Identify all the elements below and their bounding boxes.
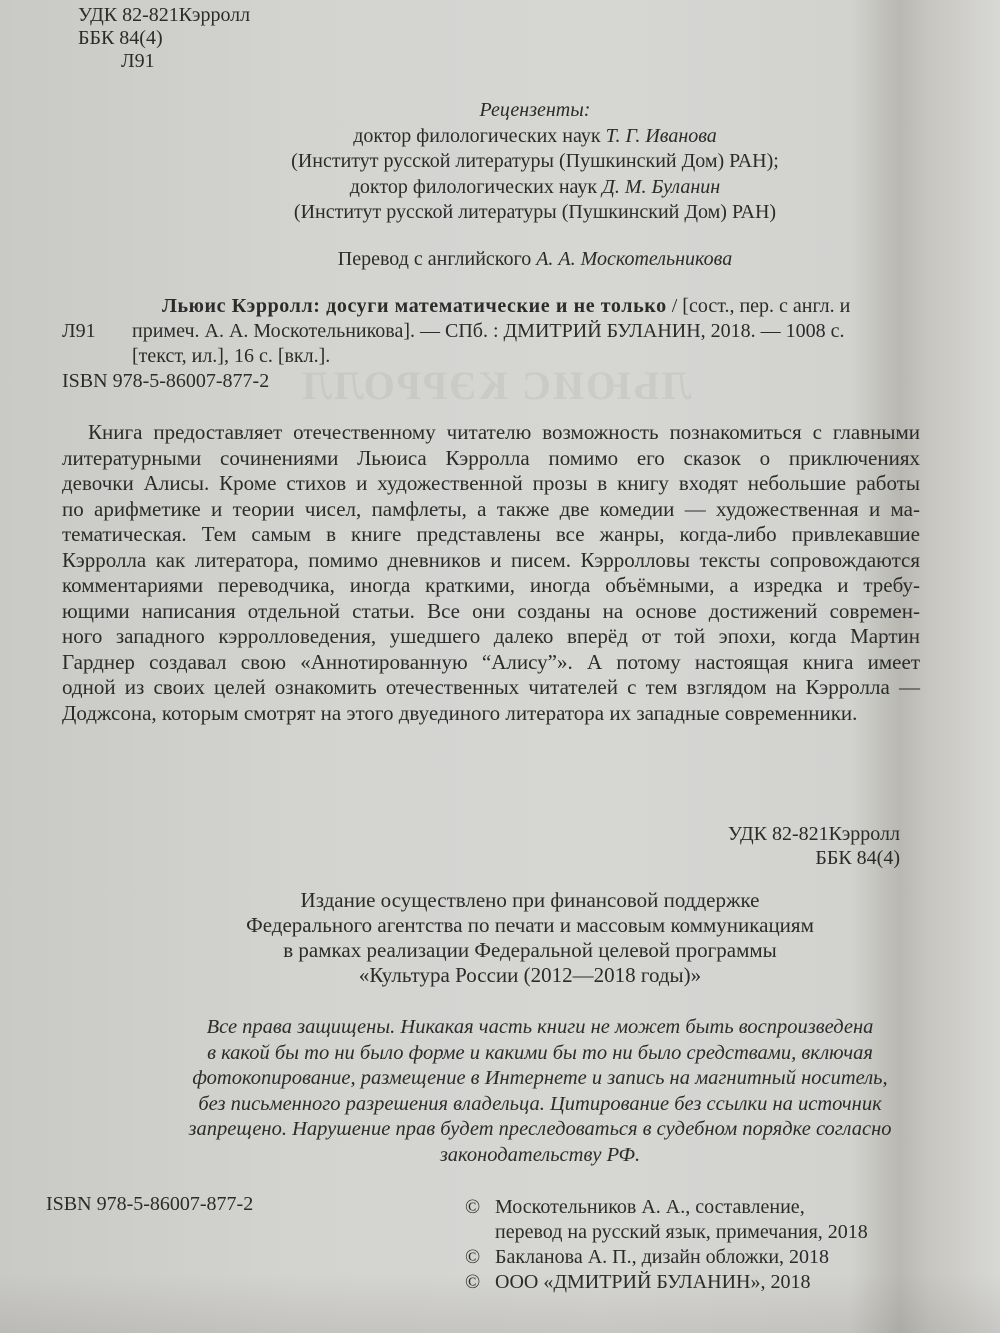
reviewer-name: Т. Г. Иванова <box>606 125 717 147</box>
isbn: ISBN 978-5-86007-877-2 <box>62 369 269 394</box>
author-mark: Л91 <box>62 319 96 344</box>
reviewer-2: доктор филологических наук Д. М. Буланин <box>200 175 870 201</box>
bbk-code: ББК 84(4) <box>78 27 250 50</box>
copyright-block: © Москотельников А. А., составление, пер… <box>465 1195 868 1295</box>
copyright-text: перевод на русский язык, примечания, 201… <box>495 1220 868 1245</box>
translation-credit: Перевод с английского А. А. Москотельник… <box>200 248 870 271</box>
isbn-bottom: ISBN 978-5-86007-877-2 <box>46 1193 253 1216</box>
annotation-line: тематическая. Тем самым в книге представ… <box>62 522 920 548</box>
annotation-line: Кэрролла как литератора, помимо дневнико… <box>62 548 920 574</box>
annotation-line: ного западного кэрролловедения, ушедшего… <box>62 624 920 650</box>
rights-notice: Все права защищены. Никакая часть книги … <box>130 1015 950 1168</box>
annotation-line: одной из своих целей ознакомить отечеств… <box>62 675 920 701</box>
funding-line: «Культура России (2012—2018 годы)» <box>170 963 890 988</box>
annotation-paragraph: Книга предоставляет отечественному читат… <box>62 420 920 726</box>
record-line-3: [текст, ил.], 16 с. [вкл.]. <box>132 344 330 369</box>
reviewers-block: Рецензенты: доктор филологических наук Т… <box>200 98 870 226</box>
reviewer-degree: доктор филологических наук <box>350 176 597 198</box>
record-responsibility: / [сост., пер. с англ. и <box>667 295 851 317</box>
classification-codes-bottom: УДК 82-821Кэрролл ББК 84(4) <box>728 822 900 870</box>
reviewers-heading: Рецензенты: <box>200 98 870 124</box>
funding-notice: Издание осуществлено при финансовой подд… <box>170 888 890 988</box>
record-line-2: примеч. А. А. Москотельникова]. — СПб. :… <box>132 319 845 344</box>
udk-code: УДК 82-821Кэрролл <box>728 822 900 846</box>
copyright-icon: © <box>465 1270 480 1295</box>
funding-line: Федерального агентства по печати и массо… <box>170 913 890 938</box>
funding-line: Издание осуществлено при финансовой подд… <box>170 888 890 913</box>
translation-prefix: Перевод с английского <box>338 248 531 270</box>
copyright-item: © Москотельников А. А., составление, пер… <box>465 1195 868 1245</box>
annotation-line: литературными сочинениями Льюиса Кэрролл… <box>62 446 920 472</box>
copyright-icon: © <box>465 1245 480 1270</box>
annotation-line: по арифметике и теории чисел, памфлеты, … <box>62 497 920 523</box>
annotation-line: ющими написания отдельной статьи. Все он… <box>62 599 920 625</box>
reviewer-name: Д. М. Буланин <box>602 176 720 198</box>
copyright-text: Бакланова А. П., дизайн обложки, 2018 <box>495 1245 868 1270</box>
copyright-text: ООО «ДМИТРИЙ БУЛАНИН», 2018 <box>495 1270 868 1295</box>
annotation-line: Доджсона, которым смотрят на этого двуед… <box>62 701 920 727</box>
rights-line: в какой бы то ни было форме и какими бы … <box>130 1041 950 1067</box>
classification-codes-top: УДК 82-821Кэрролл ББК 84(4) Л91 <box>78 4 250 73</box>
copyright-icon: © <box>465 1195 480 1220</box>
reviewer-affiliation: (Институт русской литературы (Пушкинский… <box>200 149 870 175</box>
annotation-line: Гарднер создавал свою «Аннотированную “А… <box>62 650 920 676</box>
copyright-text: Москотельников А. А., составление, <box>495 1195 868 1220</box>
udk-code: УДК 82-821Кэрролл <box>78 4 250 27</box>
annotation-line: девочки Алисы. Кроме стихов и художестве… <box>62 471 920 497</box>
reviewer-degree: доктор филологических наук <box>353 125 600 147</box>
rights-line: законодательству РФ. <box>130 1143 950 1169</box>
reviewer-affiliation: (Институт русской литературы (Пушкинский… <box>200 200 870 226</box>
funding-line: в рамках реализации Федеральной целевой … <box>170 938 890 963</box>
record-line-1: Льюис Кэрролл: досуги математические и н… <box>162 294 850 319</box>
bibliographic-record: Льюис Кэрролл: досуги математические и н… <box>62 294 932 394</box>
rights-line: Все права защищены. Никакая часть книги … <box>130 1015 950 1041</box>
rights-line: без письменного разрешения владельца. Ци… <box>130 1092 950 1118</box>
translator-name: А. А. Москотельникова <box>536 248 732 270</box>
copyright-item: © ООО «ДМИТРИЙ БУЛАНИН», 2018 <box>465 1270 868 1295</box>
annotation-line: Книга предоставляет отечественному читат… <box>62 420 920 446</box>
bbk-code: ББК 84(4) <box>728 846 900 870</box>
copyright-item: © Бакланова А. П., дизайн обложки, 2018 <box>465 1245 868 1270</box>
book-title: Льюис Кэрролл: досуги математические и н… <box>162 295 667 317</box>
rights-line: фотокопирование, размещение в Интернете … <box>130 1066 950 1092</box>
rights-line: запрещено. Нарушение прав будет преследо… <box>130 1117 950 1143</box>
reviewer-1: доктор филологических наук Т. Г. Иванова <box>200 124 870 150</box>
author-mark: Л91 <box>78 50 250 73</box>
annotation-line: комментариями переводчика, иногда кратки… <box>62 573 920 599</box>
